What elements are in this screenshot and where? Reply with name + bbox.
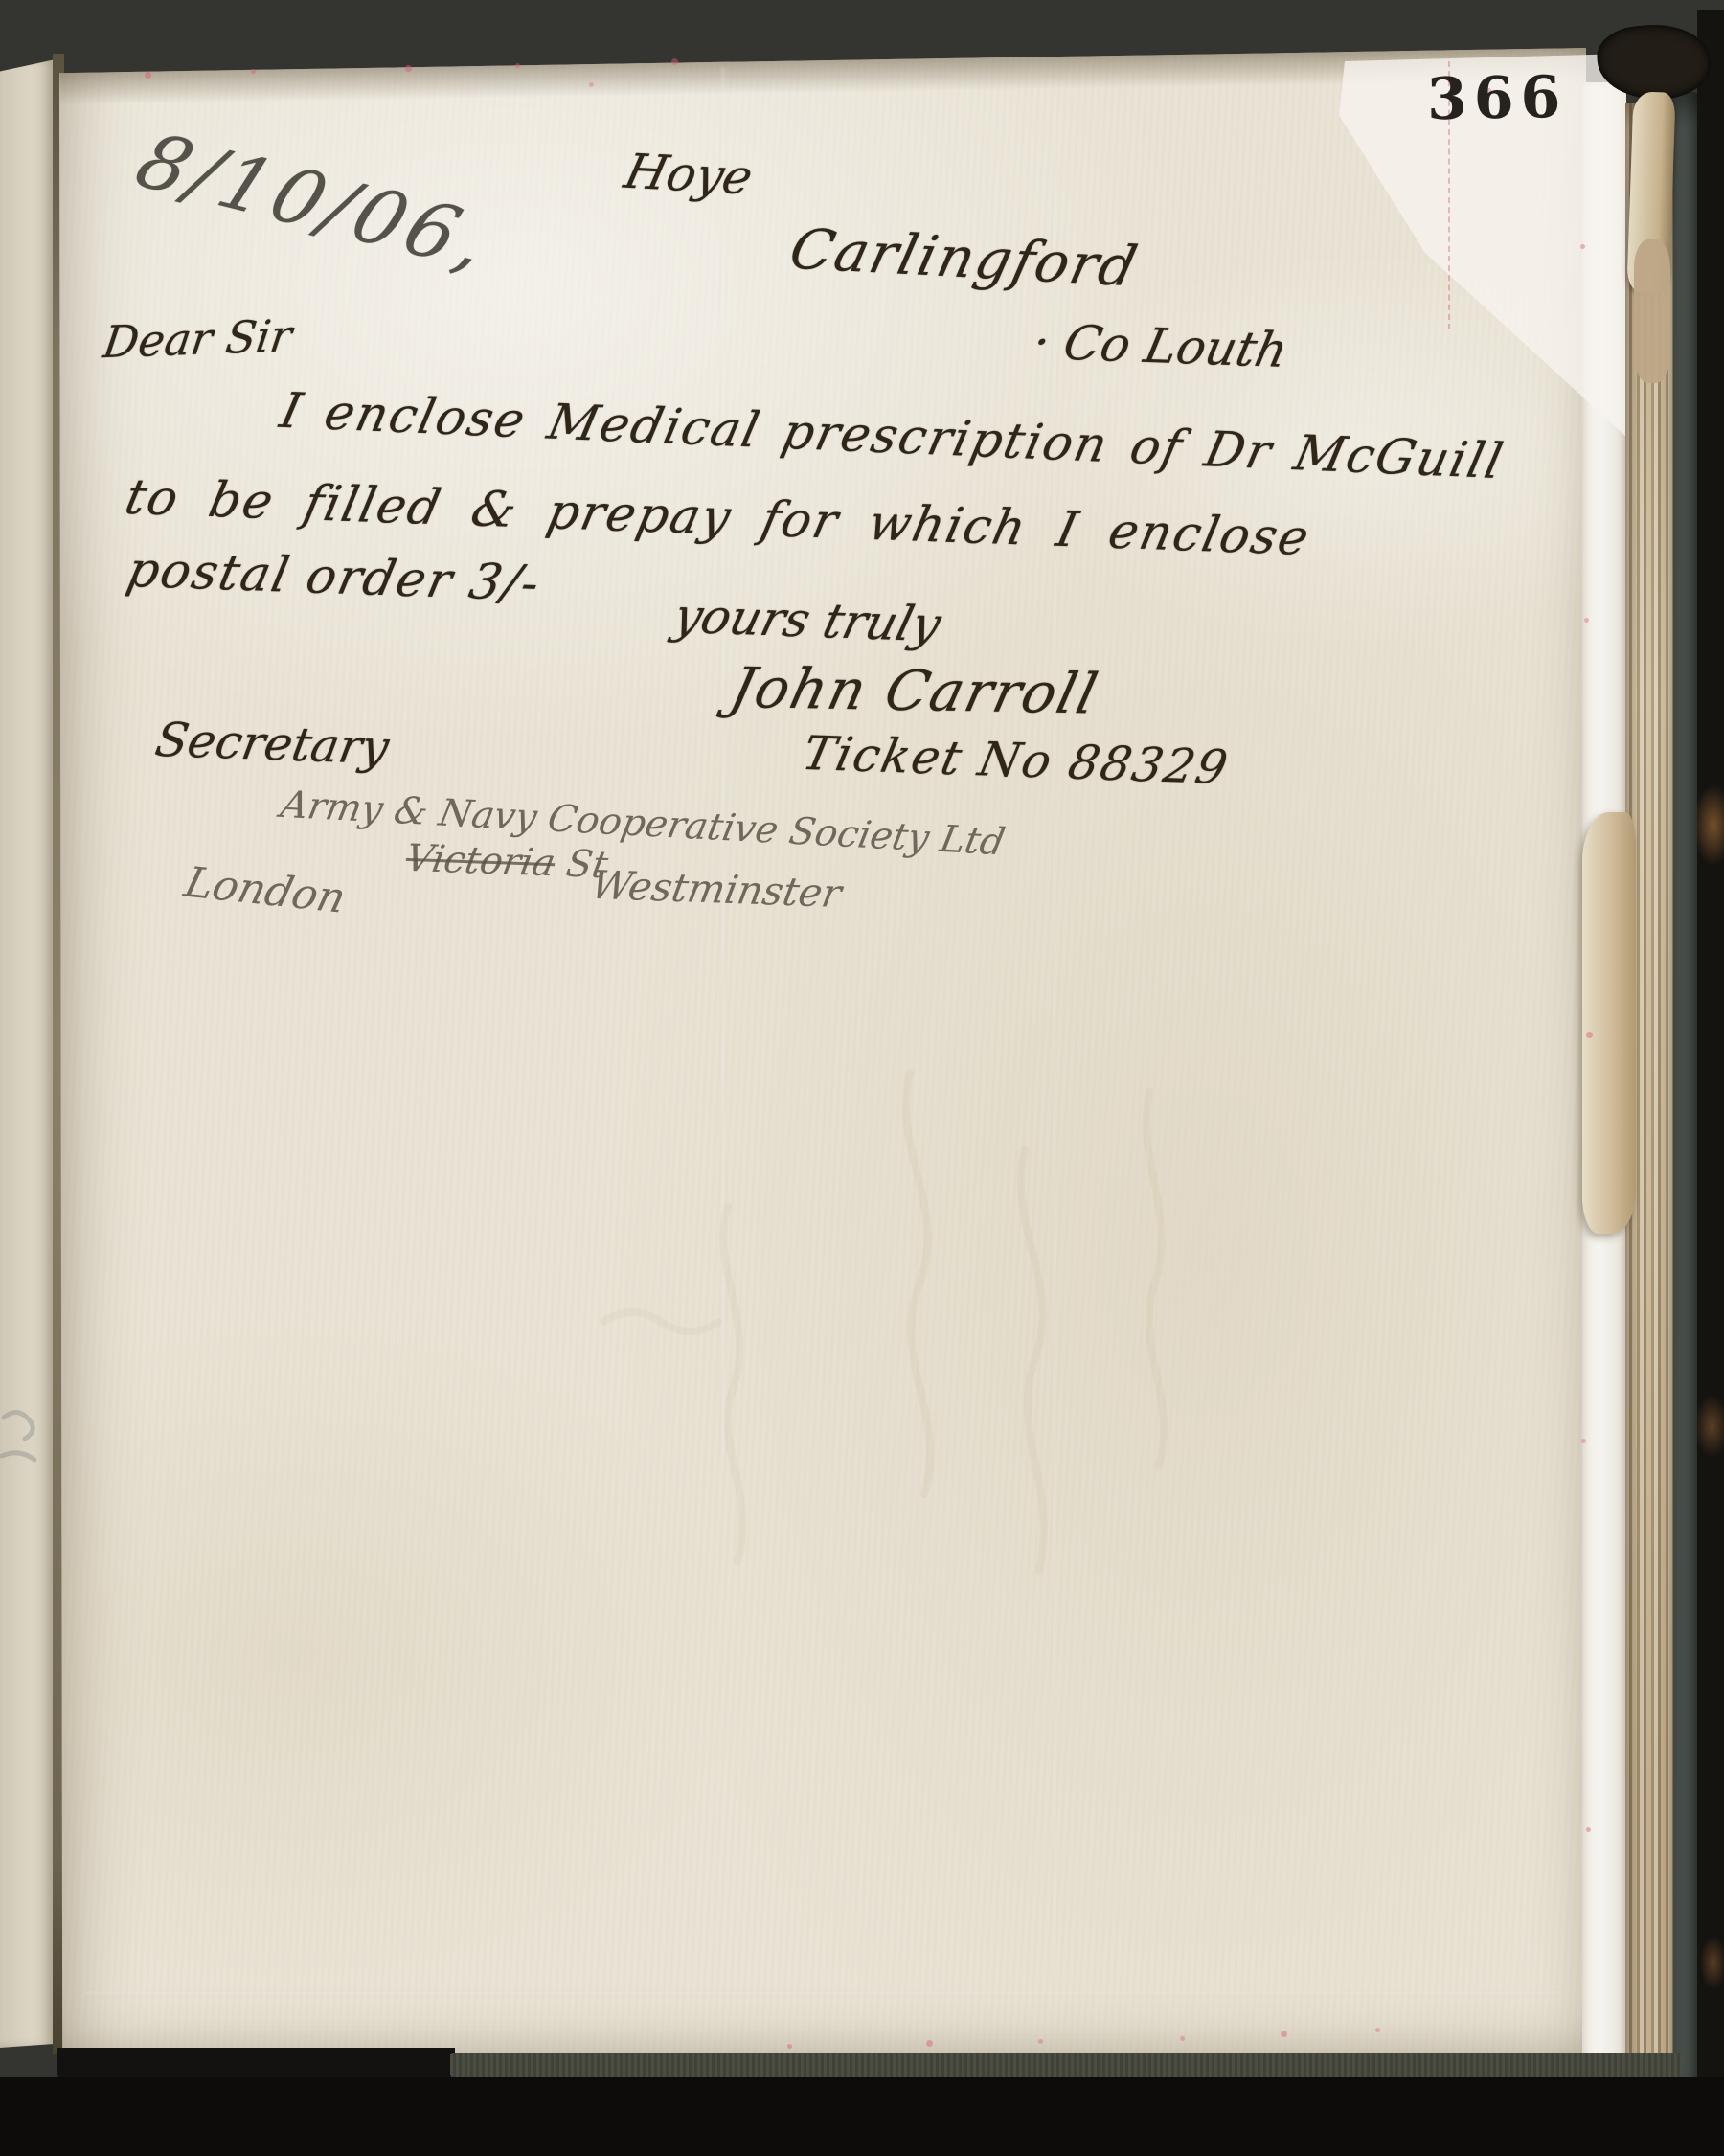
origin-house: Hoye	[620, 144, 759, 205]
struck-word: Victoria	[402, 837, 558, 885]
previous-page-edge	[0, 59, 56, 2048]
closing: yours truly	[669, 588, 947, 652]
torn-page-fragment	[1634, 239, 1670, 383]
letterbook-scan: 366 8/10/06, Hoye Carlingford · Co Louth…	[0, 0, 1724, 2156]
paper-crease	[86, 1990, 1561, 1995]
warped-page-edge	[1582, 812, 1636, 1234]
page-number-stamp: 366	[1426, 64, 1567, 134]
recipient-district: Westminster	[588, 862, 846, 917]
salutation: Dear Sir	[100, 309, 295, 368]
book-cover-right	[1697, 10, 1724, 2156]
recipient-title: Secretary	[151, 713, 393, 775]
signature: John Carroll	[724, 655, 1104, 726]
origin-county: · Co Louth	[1029, 314, 1293, 378]
book-cover-bottom	[57, 2048, 455, 2080]
book-cover-bottom	[0, 2077, 1724, 2156]
cover-cloth-strip	[450, 2053, 1681, 2077]
recipient-street: Victoria St	[402, 837, 611, 887]
deckle-pink-specks	[0, 0, 5, 5]
stray-ink-marks	[0, 1226, 48, 1475]
ink-showthrough	[412, 1034, 1370, 1657]
